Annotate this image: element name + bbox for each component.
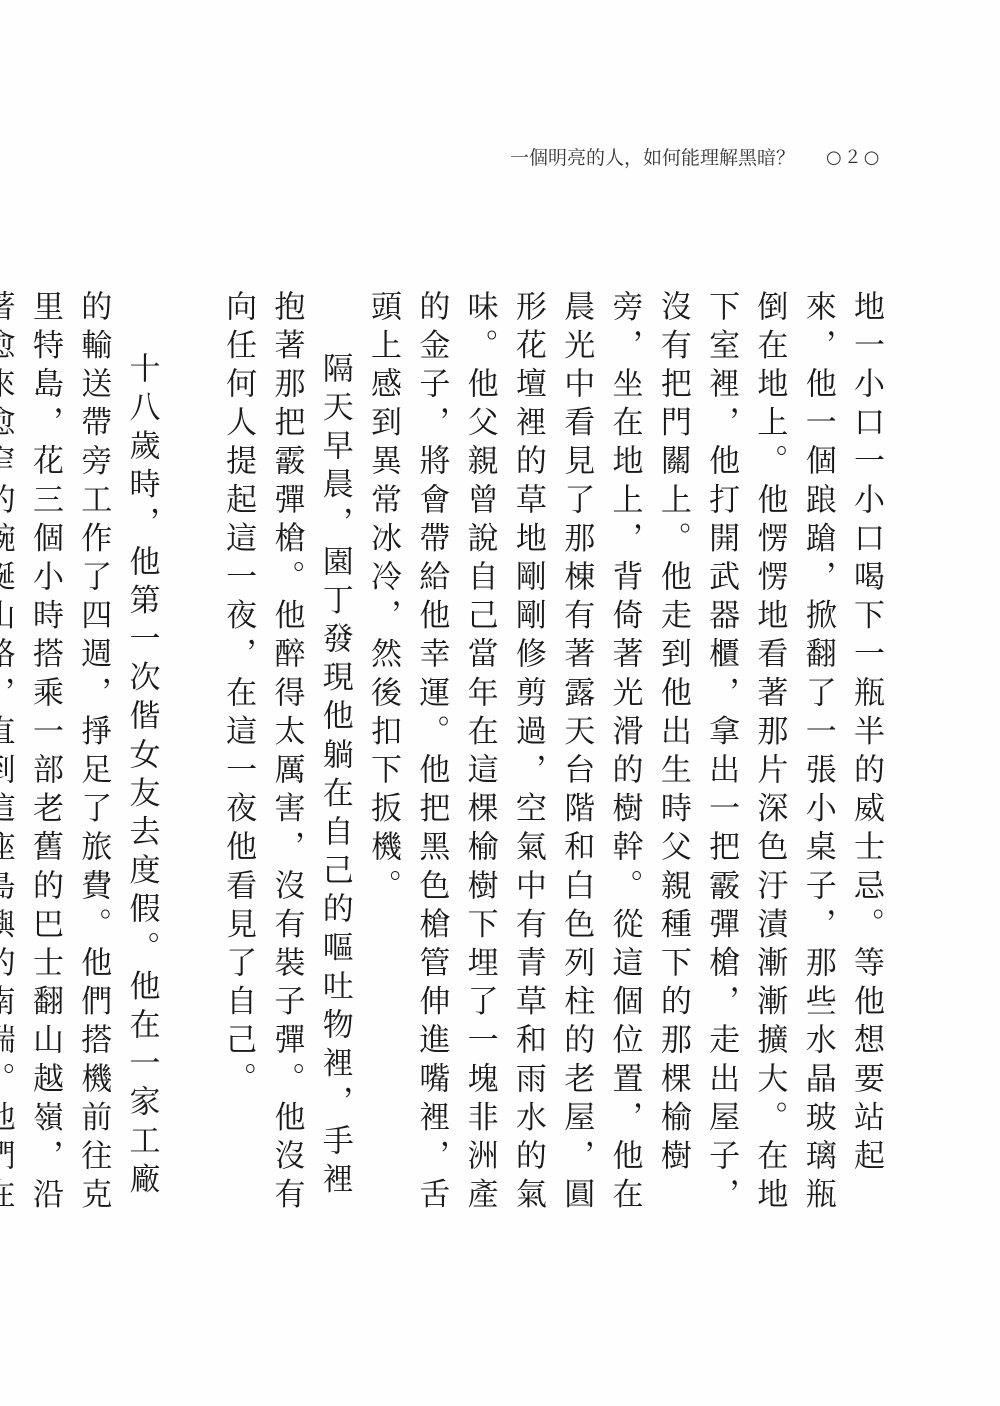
- vertical-text-body: 地一小口一小口喝下一瓶半的威士忌。等他想要站起來，他一個踉蹌，掀翻了一張小桌子，…: [0, 290, 890, 1230]
- book-page: 一個明亮的人，如何能理解黑暗？ ○２○ 地一小口一小口喝下一瓶半的威士忌。等他想…: [0, 0, 1000, 1406]
- paragraph-2: 隔天早晨，園丁發現他躺在自己的嘔吐物裡，手裡抱著那把霰彈槍。他醉得太厲害，沒有裝…: [214, 290, 359, 1230]
- chapter-title: 一個明亮的人，如何能理解黑暗？: [510, 143, 795, 170]
- running-header: 一個明亮的人，如何能理解黑暗？ ○２○: [500, 139, 875, 169]
- paragraph-3: 十八歲時，他第一次偕女友去度假。他在一家工廠的輸送帶旁工作了四週，掙足了旅費。他…: [0, 290, 166, 1230]
- paragraph-1: 地一小口一小口喝下一瓶半的威士忌。等他想要站起來，他一個踉蹌，掀翻了一張小桌子，…: [359, 290, 890, 1230]
- page-number: ○２○: [826, 143, 881, 169]
